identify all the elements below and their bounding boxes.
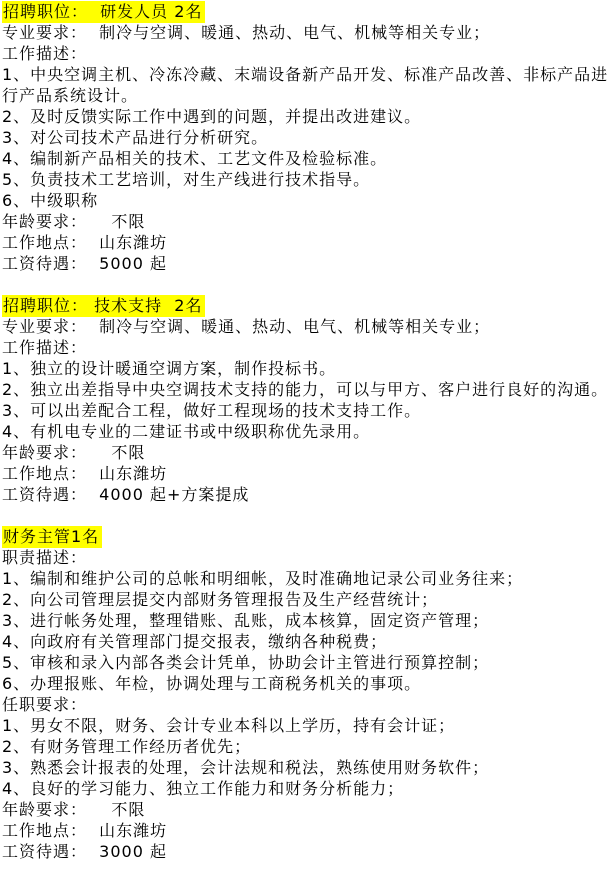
highlighted-heading-text: 招聘职位： 技术支持 2名 xyxy=(2,295,205,317)
text-line: 2、及时反馈实际工作中遇到的问题，并提出改进建议。 xyxy=(2,106,615,127)
text-line: 2、独立出差指导中央空调技术支持的能力，可以与甲方、客户进行良好的沟通。 xyxy=(2,379,615,400)
job-section-tech-support: 招聘职位： 技术支持 2名专业要求： 制冷与空调、暖通、热动、电气、机械等相关专… xyxy=(2,295,615,526)
text-line: 1、男女不限，财务、会计专业本科以上学历，持有会计证； xyxy=(2,715,615,736)
job-heading: 财务主管1名 xyxy=(2,526,615,547)
text-line: 工作地点： 山东潍坊 xyxy=(2,232,615,253)
text-line: 专业要求： 制冷与空调、暖通、热动、电气、机械等相关专业； xyxy=(2,22,615,43)
text-line: 2、向公司管理层提交内部财务管理报告及生产经营统计； xyxy=(2,589,615,610)
highlighted-heading-text: 财务主管1名 xyxy=(2,526,102,548)
text-line: 3、对公司技术产品进行分析研究。 xyxy=(2,127,615,148)
text-line: 3、可以出差配合工程，做好工程现场的技术支持工作。 xyxy=(2,400,615,421)
highlighted-heading-text: 招聘职位： 研发人员 2名 xyxy=(2,1,205,23)
text-line: 3、熟悉会计报表的处理，会计法规和税法，熟练使用财务软件； xyxy=(2,757,615,778)
text-line: 4、良好的学习能力、独立工作能力和财务分析能力； xyxy=(2,778,615,799)
job-section-finance-manager: 财务主管1名职责描述：1、编制和维护公司的总帐和明细帐，及时准确地记录公司业务往… xyxy=(2,526,615,862)
job-heading: 招聘职位： 研发人员 2名 xyxy=(2,1,615,22)
document-body: 招聘职位： 研发人员 2名专业要求： 制冷与空调、暖通、热动、电气、机械等相关专… xyxy=(0,0,615,862)
text-line: 6、办理报账、年检，协调处理与工商税务机关的事项。 xyxy=(2,673,615,694)
blank-line xyxy=(2,274,615,295)
text-line: 工作描述： xyxy=(2,337,615,358)
text-line: 工作地点： 山东潍坊 xyxy=(2,820,615,841)
text-line: 5、负责技术工艺培训，对生产线进行技术指导。 xyxy=(2,169,615,190)
text-line: 行产品系统设计。 xyxy=(2,85,615,106)
text-line: 工作描述： xyxy=(2,43,615,64)
text-line: 5、审核和录入内部各类会计凭单，协助会计主管进行预算控制； xyxy=(2,652,615,673)
text-line: 1、中央空调主机、冷冻冷藏、末端设备新产品开发、标准产品改善、非标产品进 xyxy=(2,64,615,85)
text-line: 6、中级职称 xyxy=(2,190,615,211)
text-line: 2、有财务管理工作经历者优先； xyxy=(2,736,615,757)
text-line: 1、编制和维护公司的总帐和明细帐，及时准确地记录公司业务往来； xyxy=(2,568,615,589)
text-line: 职责描述： xyxy=(2,547,615,568)
text-line: 工作地点： 山东潍坊 xyxy=(2,463,615,484)
blank-line xyxy=(2,505,615,526)
text-line: 年龄要求： 不限 xyxy=(2,799,615,820)
text-line: 年龄要求： 不限 xyxy=(2,442,615,463)
text-line: 工资待遇： 3000 起 xyxy=(2,841,615,862)
job-heading: 招聘职位： 技术支持 2名 xyxy=(2,295,615,316)
text-line: 工资待遇： 5000 起 xyxy=(2,253,615,274)
job-section-rd-staff: 招聘职位： 研发人员 2名专业要求： 制冷与空调、暖通、热动、电气、机械等相关专… xyxy=(2,1,615,295)
text-line: 4、编制新产品相关的技术、工艺文件及检验标准。 xyxy=(2,148,615,169)
text-line: 4、有机电专业的二建证书或中级职称优先录用。 xyxy=(2,421,615,442)
text-line: 1、独立的设计暖通空调方案，制作投标书。 xyxy=(2,358,615,379)
text-line: 任职要求： xyxy=(2,694,615,715)
text-line: 专业要求： 制冷与空调、暖通、热动、电气、机械等相关专业； xyxy=(2,316,615,337)
text-line: 4、向政府有关管理部门提交报表，缴纳各种税费； xyxy=(2,631,615,652)
text-line: 3、进行帐务处理，整理错账、乱账，成本核算，固定资产管理； xyxy=(2,610,615,631)
text-line: 年龄要求： 不限 xyxy=(2,211,615,232)
text-line: 工资待遇： 4000 起+方案提成 xyxy=(2,484,615,505)
